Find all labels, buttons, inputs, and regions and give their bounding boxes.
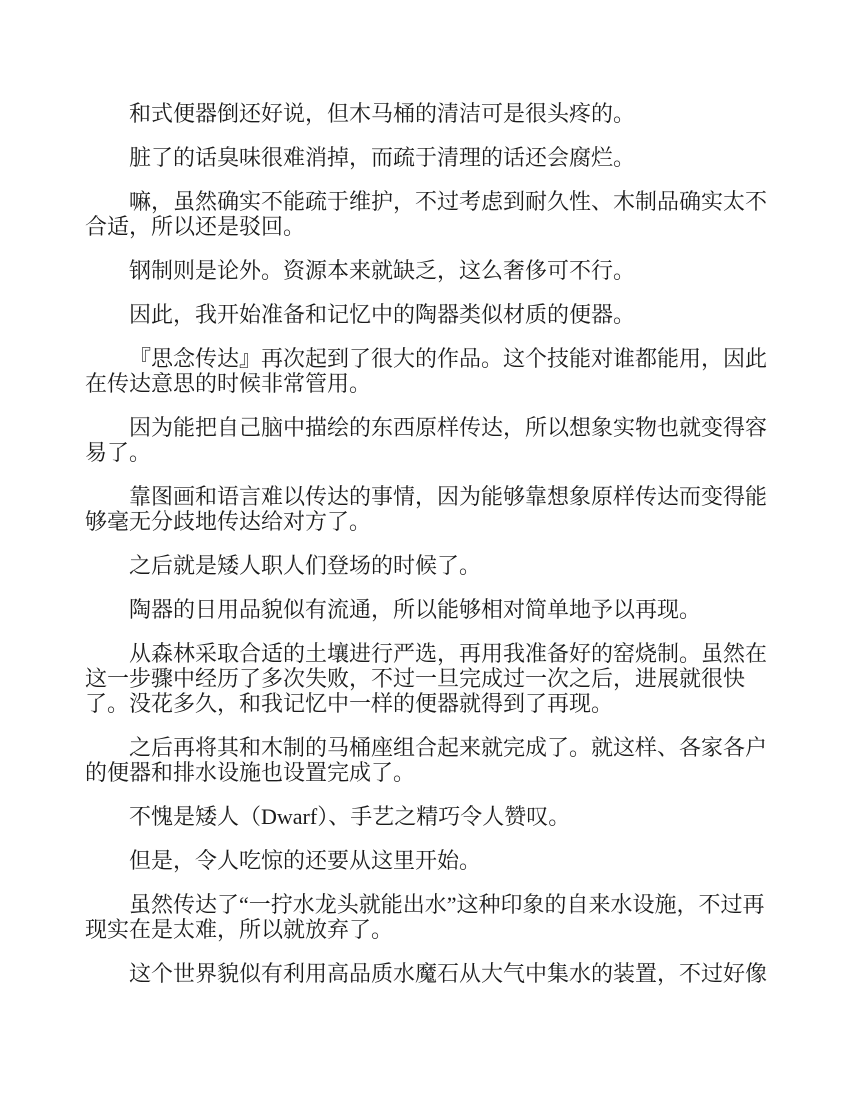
paragraph: 这个世界貌似有利用高品质水魔石从大气中集水的装置，不过好像 — [85, 961, 767, 986]
paragraph: 嘛，虽然确实不能疏于维护，不过考虑到耐久性、木制品确实太不合适，所以还是驳回。 — [85, 189, 767, 239]
paragraph: 但是，令人吃惊的还要从这里开始。 — [85, 848, 767, 873]
page-content: 和式便器倒还好说，但木马桶的清洁可是很头疼的。 脏了的话臭味很难消掉，而疏于清理… — [0, 0, 850, 986]
paragraph: 因此，我开始准备和记忆中的陶器类似材质的便器。 — [85, 302, 767, 327]
paragraph: 钢制则是论外。资源本来就缺乏，这么奢侈可不行。 — [85, 258, 767, 283]
paragraph: 之后就是矮人职人们登场的时候了。 — [85, 553, 767, 578]
paragraph: 因为能把自己脑中描绘的东西原样传达，所以想象实物也就变得容易了。 — [85, 415, 767, 465]
document-page: 和式便器倒还好说，但木马桶的清洁可是很头疼的。 脏了的话臭味很难消掉，而疏于清理… — [0, 0, 850, 1100]
paragraph: 从森林采取合适的土壤进行严选，再用我准备好的窑烧制。虽然在这一步骤中经历了多次失… — [85, 641, 767, 716]
paragraph: 脏了的话臭味很难消掉，而疏于清理的话还会腐烂。 — [85, 145, 767, 170]
paragraph: 『思念传达』再次起到了很大的作品。这个技能对谁都能用，因此在传达意思的时候非常管… — [85, 346, 767, 396]
paragraph: 靠图画和语言难以传达的事情，因为能够靠想象原样传达而变得能够毫无分歧地传达给对方… — [85, 484, 767, 534]
paragraph: 陶器的日用品貌似有流通，所以能够相对简单地予以再现。 — [85, 597, 767, 622]
paragraph: 不愧是矮人（Dwarf）、手艺之精巧令人赞叹。 — [85, 804, 767, 829]
paragraph: 之后再将其和木制的马桶座组合起来就完成了。就这样、各家各户的便器和排水设施也设置… — [85, 735, 767, 785]
paragraph: 和式便器倒还好说，但木马桶的清洁可是很头疼的。 — [85, 101, 767, 126]
paragraph: 虽然传达了“一拧水龙头就能出水”这种印象的自来水设施，不过再现实在是太难，所以就… — [85, 892, 767, 942]
